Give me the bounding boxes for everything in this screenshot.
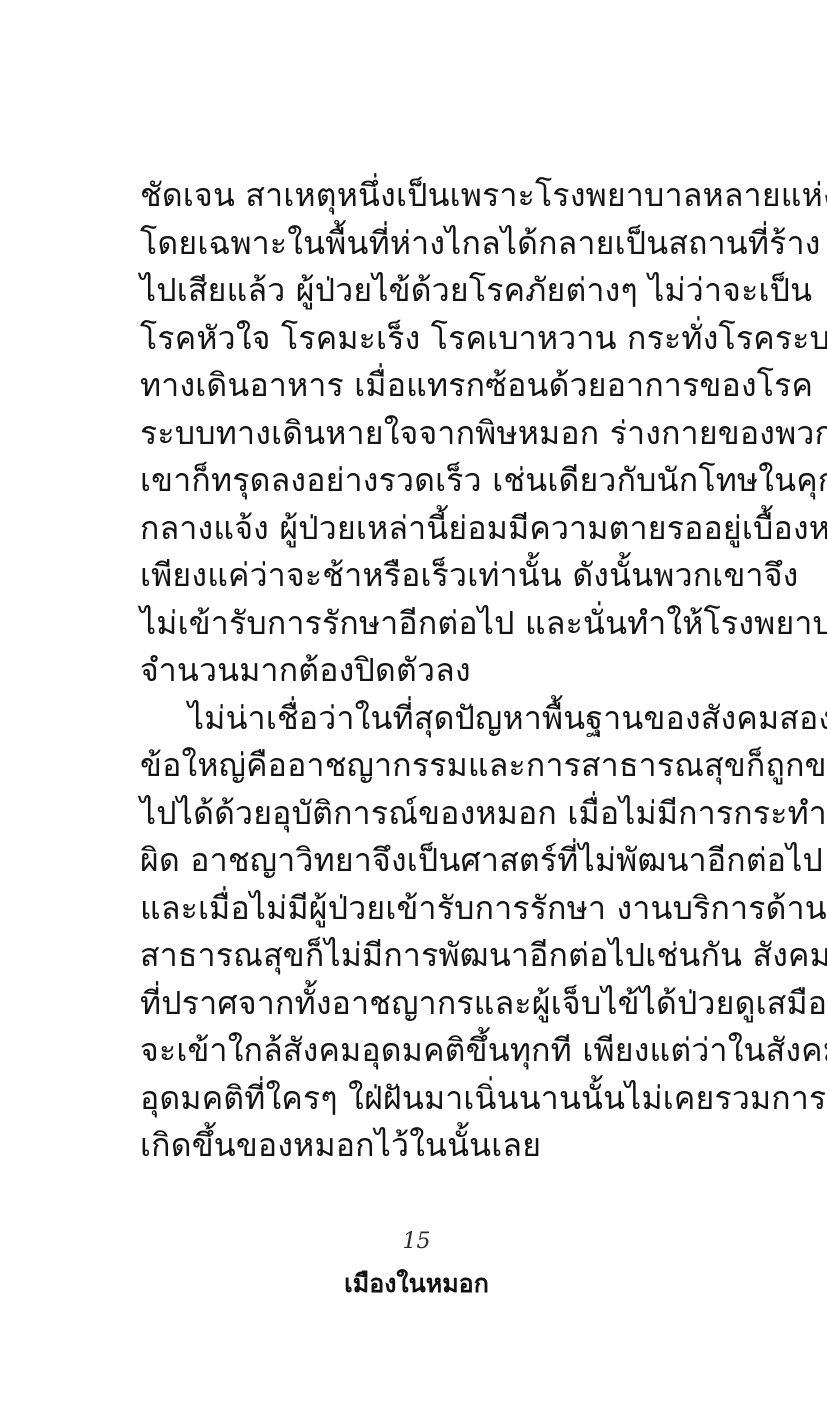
text-line: จะเข้าใกล้สังคมอุดมคติขึ้นทุกที เพียงแต่… <box>140 1027 693 1075</box>
book-title-footer: เมืองในหมอก <box>140 1264 693 1304</box>
page-number: 15 <box>140 1229 693 1254</box>
text-line: สาธารณสุขก็ไม่มีการพัฒนาอีกต่อไปเช่นกัน … <box>140 932 693 980</box>
body-text: ชัดเจน สาเหตุหนึ่งเป็นเพราะโรงพยาบาลหลาย… <box>140 172 693 1170</box>
text-line: ที่ปราศจากทั้งอาชญากรและผู้เจ็บไข้ได้ป่ว… <box>140 980 693 1028</box>
text-line: ผิด อาชญาวิทยาจึงเป็นศาสตร์ที่ไม่พัฒนาอี… <box>140 837 693 885</box>
text-line: ไม่เข้ารับการรักษาอีกต่อไป และนั่นทำให้โ… <box>140 600 693 648</box>
text-line: และเมื่อไม่มีผู้ป่วยเข้ารับการรักษา งานบ… <box>140 885 693 933</box>
text-line: ระบบทางเดินหายใจจากพิษหมอก ร่างกายของพวก <box>140 410 693 458</box>
text-line: ไม่น่าเชื่อว่าในที่สุดปัญหาพื้นฐานของสัง… <box>140 695 693 743</box>
text-line: ทางเดินอาหาร เมื่อแทรกซ้อนด้วยอาการของโร… <box>140 362 693 410</box>
text-line: ไปได้ด้วยอุบัติการณ์ของหมอก เมื่อไม่มีกา… <box>140 790 693 838</box>
text-line: เกิดขึ้นของหมอกไว้ในนั้นเลย <box>140 1122 693 1170</box>
text-line: เพียงแค่ว่าจะช้าหรือเร็วเท่านั้น ดังนั้น… <box>140 552 693 600</box>
text-line: จำนวนมากต้องปิดตัวลง <box>140 647 693 695</box>
text-line: กลางแจ้ง ผู้ป่วยเหล่านี้ย่อมมีความตายรออ… <box>140 505 693 553</box>
book-page: ชัดเจน สาเหตุหนึ่งเป็นเพราะโรงพยาบาลหลาย… <box>0 0 827 1418</box>
text-line: ข้อใหญ่คืออาชญากรรมและการสาธารณสุขก็ถูกข… <box>140 742 693 790</box>
text-line: เขาก็ทรุดลงอย่างรวดเร็ว เช่นเดียวกับนักโ… <box>140 457 693 505</box>
text-line: อุดมคติที่ใครๆ ใฝ่ฝันมาเนิ่นนานนั้นไม่เค… <box>140 1075 693 1123</box>
text-line: โดยเฉพาะในพื้นที่ห่างไกลได้กลายเป็นสถานท… <box>140 220 693 268</box>
text-line: โรคหัวใจ โรคมะเร็ง โรคเบาหวาน กระทั่งโรค… <box>140 315 693 363</box>
text-line: ไปเสียแล้ว ผู้ป่วยไข้ด้วยโรคภัยต่างๆ ไม่… <box>140 267 693 315</box>
text-line: ชัดเจน สาเหตุหนึ่งเป็นเพราะโรงพยาบาลหลาย… <box>140 172 693 220</box>
